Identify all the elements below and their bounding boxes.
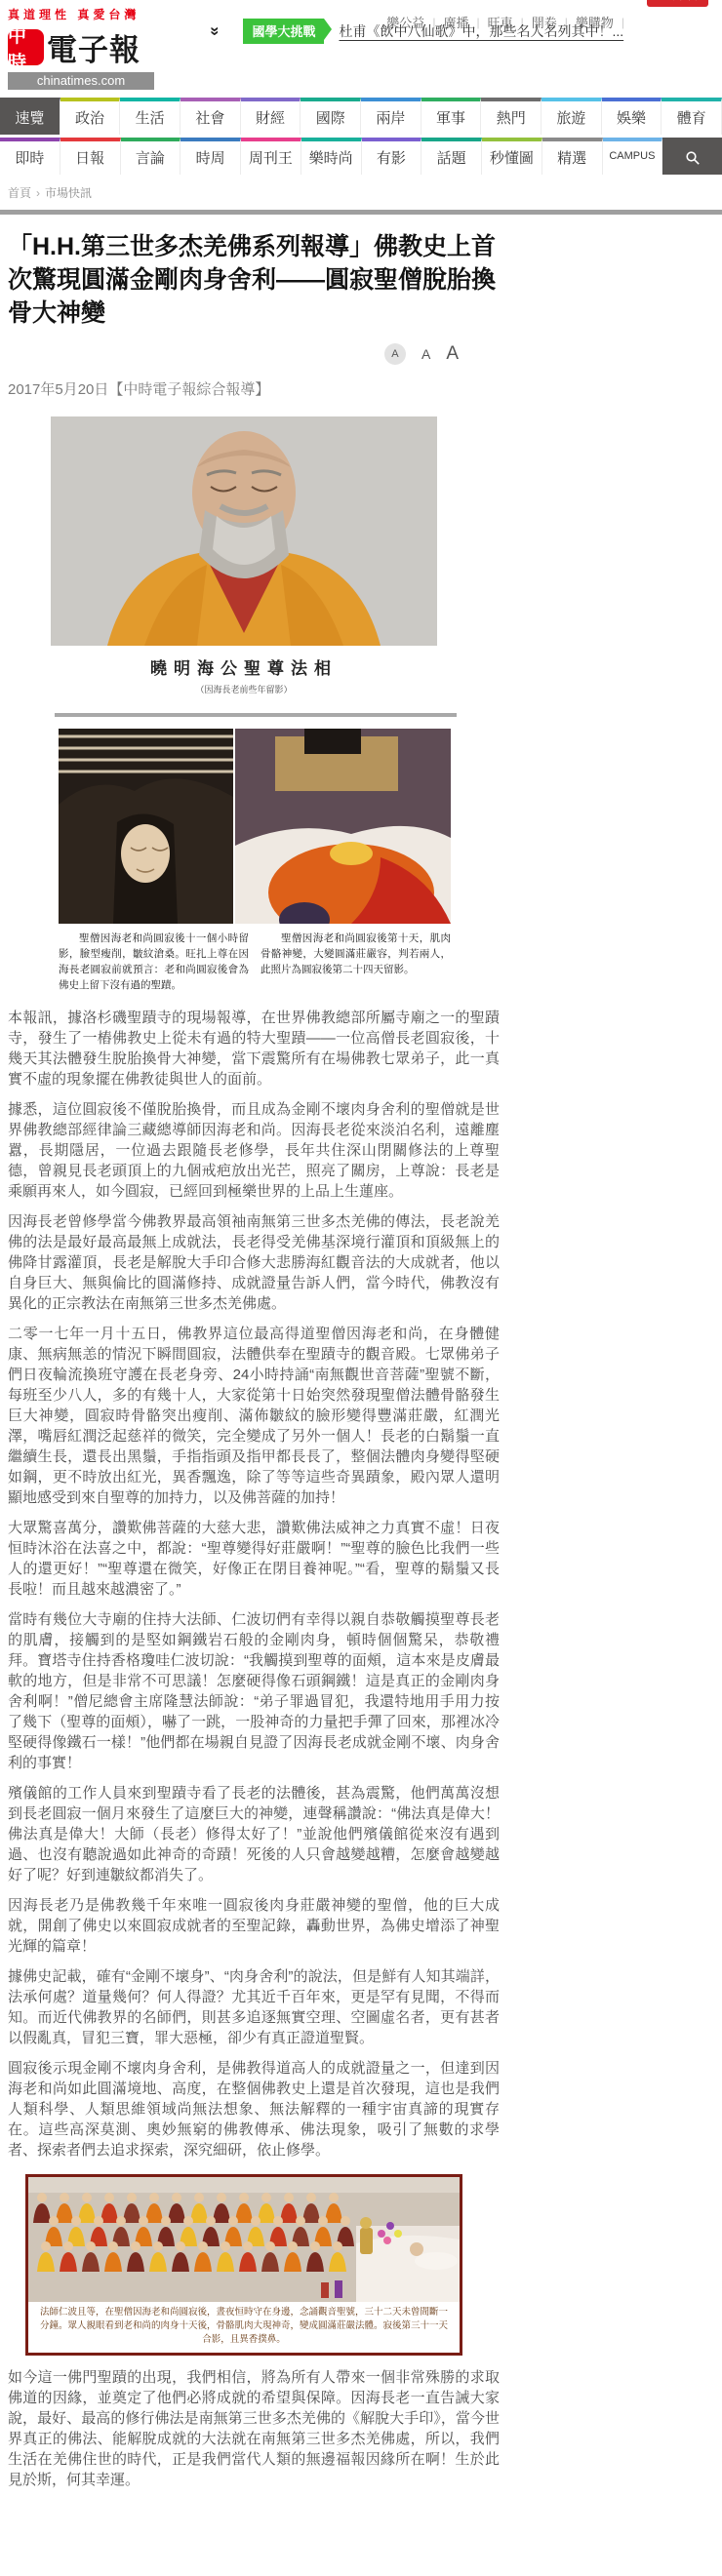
breadcrumb: 首頁›市場快訊 bbox=[0, 175, 722, 210]
nav-tab[interactable]: 秒懂圖 bbox=[482, 138, 542, 175]
breadcrumb-current: 市場快訊 bbox=[45, 186, 92, 200]
nav-tab[interactable]: 財經 bbox=[241, 98, 301, 135]
article-paragraph: 據佛史記載，確有“金剛不壞身”、“肉身舍利”的說法，但是鮮有人知其端詳，法承何處… bbox=[8, 1966, 500, 2048]
portrait-figure: 曉明海公聖尊法相 （因海長老前些年留影） bbox=[51, 416, 437, 701]
search-button[interactable] bbox=[662, 138, 722, 175]
nav-tab[interactable]: 國際 bbox=[301, 98, 361, 135]
nav-tab[interactable]: CAMPUS bbox=[603, 138, 663, 175]
nav-row-primary: 速覽政治生活社會財經國際兩岸軍事熱門旅遊娛樂體育 bbox=[0, 98, 722, 135]
article-paragraph: 大眾驚喜萬分，讚歎佛菩薩的大慈大悲，讚歎佛法威神之力真實不虛！日夜恒時沐浴在法喜… bbox=[8, 1518, 500, 1600]
group-photo-figure: 法師仁波且等，在聖僧因海老和尚圓寂後，晝夜恒時守在身邊，念誦觀音聖號，三十二天未… bbox=[25, 2174, 462, 2356]
nav-tab[interactable]: 有影 bbox=[362, 138, 422, 175]
font-size-large-button[interactable]: A bbox=[446, 344, 459, 365]
nav-tab[interactable]: 政治 bbox=[60, 98, 121, 135]
news-ticker: » 國學大挑戰 杜甫《飲中八仙歌》中，那些名人名列其中！... bbox=[211, 19, 708, 44]
article-body: 本報訊，據洛杉磯聖蹟寺的現場報導，在世界佛教總部所屬寺廟之一的聖蹟寺，發生了一樁… bbox=[8, 1008, 500, 2160]
breadcrumb-separator: › bbox=[36, 186, 40, 200]
brand-slogan: 真道理性 真愛台灣 bbox=[8, 6, 193, 22]
site-logo[interactable]: 真道理性 真愛台灣 中時 電子報 chinatimes.com bbox=[8, 6, 193, 90]
nav-tab[interactable]: 兩岸 bbox=[361, 98, 421, 135]
comparison-caption-left: 聖僧因海老和尚圓寂後十一個小時留影，臉型瘦削，皺紋滄桑。旺扎上尊在因海長老圓寂前… bbox=[59, 931, 249, 994]
figure-divider bbox=[55, 713, 457, 717]
article-paragraph: 據悉，這位圓寂後不僅脫胎換骨，而且成為金剛不壞肉身舍利的聖僧就是世界佛教總部經律… bbox=[8, 1099, 500, 1202]
article-paragraph: 當時有幾位大寺廟的住持大法師、仁波切們有幸得以親自恭敬觸摸聖尊長老的肌膚，接觸到… bbox=[8, 1609, 500, 1773]
nav-tab[interactable]: 周刊王 bbox=[241, 138, 301, 175]
article-paragraph: 殯儀館的工作人員來到聖蹟寺看了長老的法體後，甚為震驚，他們萬萬沒想到長老圓寂一個… bbox=[8, 1783, 500, 1885]
portrait-caption-sub: （因海長老前些年留影） bbox=[51, 683, 437, 695]
report-button[interactable]: 爆料 bbox=[647, 0, 708, 7]
logo-text: 電子報 bbox=[47, 25, 140, 69]
group-photo-caption: 法師仁波且等，在聖僧因海老和尚圓寂後，晝夜恒時守在身邊，念誦觀音聖號，三十二天未… bbox=[28, 2302, 460, 2353]
nav-row-secondary: 即時日報言論時周周刊王樂時尚有影話題秒懂圖精選CAMPUS bbox=[0, 138, 722, 175]
article-paragraph: 本報訊，據洛杉磯聖蹟寺的現場報導，在世界佛教總部所屬寺廟之一的聖蹟寺，發生了一樁… bbox=[8, 1008, 500, 1090]
article-paragraph: 二零一七年一月十五日，佛教界這位最高得道聖僧因海老和尚，在身體健康、無病無恙的情… bbox=[8, 1324, 500, 1508]
nav-tab[interactable]: 娛樂 bbox=[602, 98, 662, 135]
comparison-photos bbox=[59, 729, 451, 924]
chevron-down-icon[interactable]: » bbox=[206, 26, 225, 35]
nav-tab[interactable]: 體育 bbox=[662, 98, 722, 135]
nav-tab[interactable]: 軍事 bbox=[421, 98, 482, 135]
logo-mark: 中時 bbox=[8, 29, 44, 65]
nav-tab[interactable]: 社會 bbox=[180, 98, 241, 135]
ticker-badge: 國學大挑戰 bbox=[243, 19, 324, 44]
article-paragraph: 因海長老曾修學當今佛教界最高領袖南無第三世多杰羌佛的傳法，長老說羌佛的法是最好最… bbox=[8, 1211, 500, 1314]
portrait-photo bbox=[51, 416, 437, 646]
nav-tab[interactable]: 速覽 bbox=[0, 98, 60, 135]
search-icon bbox=[685, 150, 701, 166]
nav-tab[interactable]: 精選 bbox=[542, 138, 603, 175]
article-dateline: 2017年5月20日【中時電子報綜合報導】 bbox=[8, 378, 500, 399]
portrait-caption: 曉明海公聖尊法相 bbox=[51, 654, 437, 679]
nav-tab[interactable]: 即時 bbox=[0, 138, 60, 175]
article-title: 「H.H.第三世多杰羌佛系列報導」佛教史上首次驚現圓滿金剛肉身舍利——圓寂聖僧脫… bbox=[8, 230, 500, 330]
article-paragraph: 圓寂後示現金剛不壞肉身舍利，是佛教得道高人的成就證量之一，但達到因海老和尚如此圓… bbox=[8, 2058, 500, 2160]
nav-tab[interactable]: 日報 bbox=[60, 138, 121, 175]
comparison-figure: 聖僧因海老和尚圓寂後十一個小時留影，臉型瘦削，皺紋滄桑。旺扎上尊在因海長老圓寂前… bbox=[59, 729, 451, 994]
font-size-small-button[interactable]: A bbox=[384, 343, 406, 365]
font-size-controls: A A A bbox=[8, 343, 459, 365]
nav-tab[interactable]: 話題 bbox=[421, 138, 482, 175]
nav-tab[interactable]: 言論 bbox=[121, 138, 181, 175]
nav-tab[interactable]: 熱門 bbox=[481, 98, 541, 135]
breadcrumb-home[interactable]: 首頁 bbox=[8, 186, 31, 200]
nav-tab[interactable]: 生活 bbox=[120, 98, 180, 135]
closing-paragraph: 如今這一佛門聖蹟的出現，我們相信，將為所有人帶來一個非常殊勝的求取佛道的因緣，並… bbox=[8, 2367, 500, 2490]
nav-tab[interactable]: 旅遊 bbox=[541, 98, 602, 135]
site-domain: chinatimes.com bbox=[8, 72, 154, 90]
nav-tab[interactable]: 樂時尚 bbox=[301, 138, 362, 175]
nav-tab[interactable]: 時周 bbox=[180, 138, 241, 175]
article: 「H.H.第三世多杰羌佛系列報導」佛教史上首次驚現圓滿金剛肉身舍利——圓寂聖僧脫… bbox=[0, 230, 500, 2490]
comparison-caption-right: 聖僧因海老和尚圓寂後第十天，肌肉骨骼神變，大變圓滿莊嚴容，判若兩人，此照片為圓寂… bbox=[261, 931, 451, 994]
font-size-medium-button[interactable]: A bbox=[421, 347, 430, 365]
section-divider bbox=[0, 210, 722, 215]
ticker-link[interactable]: 杜甫《飲中八仙歌》中，那些名人名列其中！... bbox=[339, 21, 623, 41]
main-navigation: 速覽政治生活社會財經國際兩岸軍事熱門旅遊娛樂體育 即時日報言論時周周刊王樂時尚有… bbox=[0, 98, 722, 175]
group-photo bbox=[28, 2177, 460, 2302]
article-paragraph: 因海長老乃是佛教幾千年來唯一圓寂後肉身莊嚴神變的聖僧，他的巨大成就，開創了佛史以… bbox=[8, 1895, 500, 1957]
site-header: 真道理性 真愛台灣 中時 電子報 chinatimes.com 樂公益|廣播|旺… bbox=[0, 0, 722, 90]
